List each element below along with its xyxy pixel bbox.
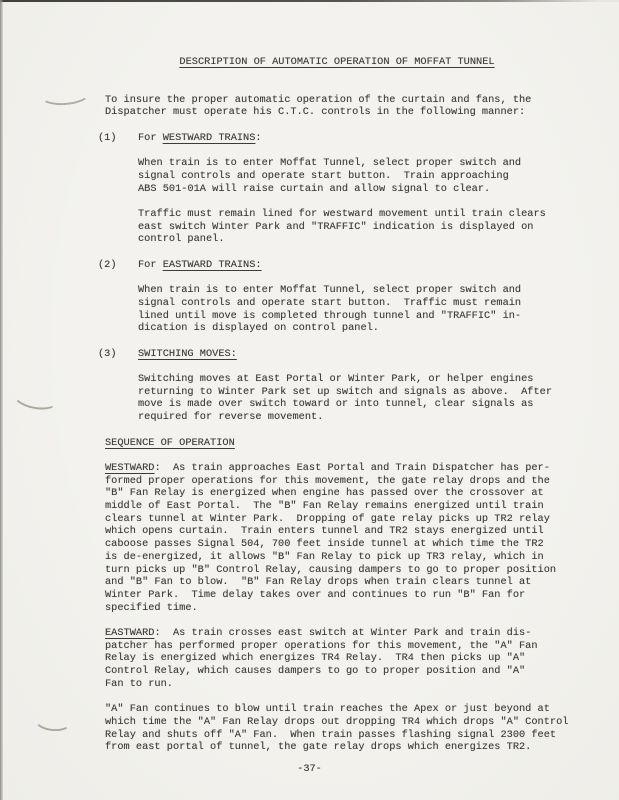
sequence-paragraph-a-fan: "A" Fan continues to blow until train re…	[105, 703, 569, 754]
item-number: (3)	[98, 348, 138, 361]
item-body: For WESTWARD TRAINS: When train is to en…	[138, 132, 569, 259]
page-number: -37-	[0, 763, 619, 776]
scanned-document-page: DESCRIPTION OF AUTOMATIC OPERATION OF MO…	[0, 0, 619, 800]
paragraph-lead: EASTWARD	[105, 627, 154, 639]
item-heading-prefix: For	[138, 259, 163, 271]
paragraph-text: "A" Fan continues to blow until train re…	[105, 703, 568, 753]
item-heading-suffix: :	[255, 132, 261, 144]
item-number: (2)	[98, 259, 138, 272]
sequence-heading-text: SEQUENCE OF OPERATION	[105, 437, 235, 449]
item-body: For EASTWARD TRAINS: When train is to en…	[138, 259, 569, 348]
item-paragraph: Switching moves at East Portal or Winter…	[138, 373, 569, 424]
item-heading: For EASTWARD TRAINS:	[138, 259, 569, 272]
numbered-item-1: (1) For WESTWARD TRAINS: When train is t…	[105, 132, 569, 259]
item-heading-label: SWITCHING MOVES:	[138, 348, 237, 360]
sequence-of-operation-heading: SEQUENCE OF OPERATION	[105, 437, 569, 450]
item-number: (1)	[98, 132, 138, 145]
item-heading: For WESTWARD TRAINS:	[138, 132, 569, 145]
sequence-paragraph-eastward: EASTWARD: As train crosses east switch a…	[105, 627, 569, 691]
numbered-item-3: (3) SWITCHING MOVES: Switching moves at …	[105, 348, 569, 437]
item-paragraph: When train is to enter Moffat Tunnel, se…	[138, 284, 569, 335]
paragraph-lead: WESTWARD	[105, 462, 154, 474]
item-heading-label: EASTWARD TRAINS:	[163, 259, 262, 271]
sequence-paragraph-westward: WESTWARD: As train approaches East Porta…	[105, 462, 569, 614]
numbered-item-2: (2) For EASTWARD TRAINS: When train is t…	[105, 259, 569, 348]
document-title: DESCRIPTION OF AUTOMATIC OPERATION OF MO…	[105, 56, 569, 69]
document-title-text: DESCRIPTION OF AUTOMATIC OPERATION OF MO…	[179, 56, 494, 68]
item-body: SWITCHING MOVES: Switching moves at East…	[138, 348, 569, 437]
intro-paragraph: To insure the proper automatic operation…	[105, 94, 569, 119]
paragraph-text: As train approaches East Portal and Trai…	[105, 462, 556, 614]
item-paragraph: Traffic must remain lined for westward m…	[138, 208, 569, 246]
paragraph-lead-punct: :	[154, 462, 173, 474]
item-heading-prefix: For	[138, 132, 163, 144]
item-heading: SWITCHING MOVES:	[138, 348, 569, 361]
paragraph-lead-punct: :	[154, 627, 173, 639]
item-paragraph: When train is to enter Moffat Tunnel, se…	[138, 157, 569, 195]
item-heading-label: WESTWARD TRAINS	[163, 132, 256, 144]
document-content: DESCRIPTION OF AUTOMATIC OPERATION OF MO…	[0, 0, 619, 754]
